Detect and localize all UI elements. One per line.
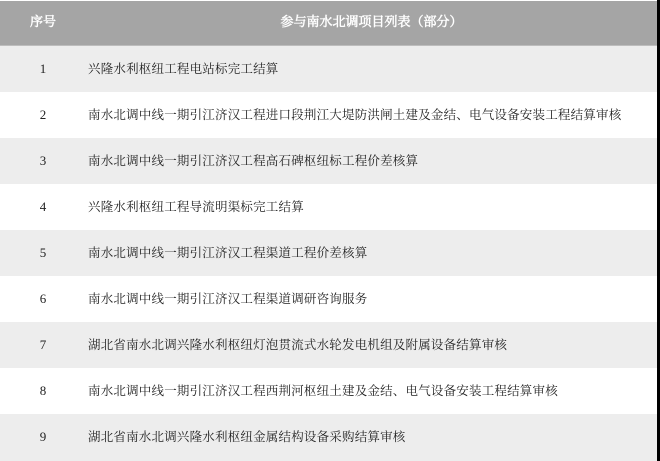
table-row: 6 南水北调中线一期引江济汉工程渠道调研咨询服务: [0, 276, 657, 322]
table-row: 4 兴隆水利枢纽工程导流明渠标完工结算: [0, 184, 657, 230]
row-number: 9: [0, 414, 86, 460]
row-project-name: 兴隆水利枢纽工程电站标完工结算: [88, 46, 279, 92]
row-project-name: 南水北调中线一期引江济汉工程渠道工程价差核算: [88, 230, 367, 276]
table-row: 5 南水北调中线一期引江济汉工程渠道工程价差核算: [0, 230, 657, 276]
row-number: 5: [0, 230, 86, 276]
row-project-name: 南水北调中线一期引江济汉工程高石碑枢纽标工程价差核算: [88, 138, 418, 184]
table-row: 2 南水北调中线一期引江济汉工程进口段荆江大堤防洪闸土建及金结、电气设备安装工程…: [0, 92, 657, 138]
row-project-name: 南水北调中线一期引江济汉工程渠道调研咨询服务: [88, 276, 367, 322]
row-project-name: 湖北省南水北调兴隆水利枢纽灯泡贯流式水轮发电机组及附属设备结算审核: [88, 322, 507, 368]
row-project-name: 南水北调中线一期引江济汉工程进口段荆江大堤防洪闸土建及金结、电气设备安装工程结算…: [88, 92, 621, 138]
row-number: 8: [0, 368, 86, 414]
row-project-name: 湖北省南水北调兴隆水利枢纽金属结构设备采购结算审核: [88, 414, 406, 460]
row-number: 6: [0, 276, 86, 322]
table-row: 1 兴隆水利枢纽工程电站标完工结算: [0, 46, 657, 92]
table-row: 7 湖北省南水北调兴隆水利枢纽灯泡贯流式水轮发电机组及附属设备结算审核: [0, 322, 657, 368]
project-list-table: 序号 参与南水北调项目列表（部分） 1 兴隆水利枢纽工程电站标完工结算 2 南水…: [0, 0, 657, 461]
row-number: 1: [0, 46, 86, 92]
row-number: 2: [0, 92, 86, 138]
row-number: 3: [0, 138, 86, 184]
table-header: 序号 参与南水北调项目列表（部分）: [0, 1, 657, 46]
header-title: 参与南水北调项目列表（部分）: [86, 1, 657, 45]
row-project-name: 南水北调中线一期引江济汉工程西荆河枢纽土建及金结、电气设备安装工程结算审核: [88, 368, 558, 414]
row-number: 4: [0, 184, 86, 230]
table-row: 9 湖北省南水北调兴隆水利枢纽金属结构设备采购结算审核: [0, 414, 657, 461]
row-number: 7: [0, 322, 86, 368]
table-row: 8 南水北调中线一期引江济汉工程西荆河枢纽土建及金结、电气设备安装工程结算审核: [0, 368, 657, 414]
table-row: 3 南水北调中线一期引江济汉工程高石碑枢纽标工程价差核算: [0, 138, 657, 184]
header-number: 序号: [0, 1, 86, 45]
row-project-name: 兴隆水利枢纽工程导流明渠标完工结算: [88, 184, 304, 230]
